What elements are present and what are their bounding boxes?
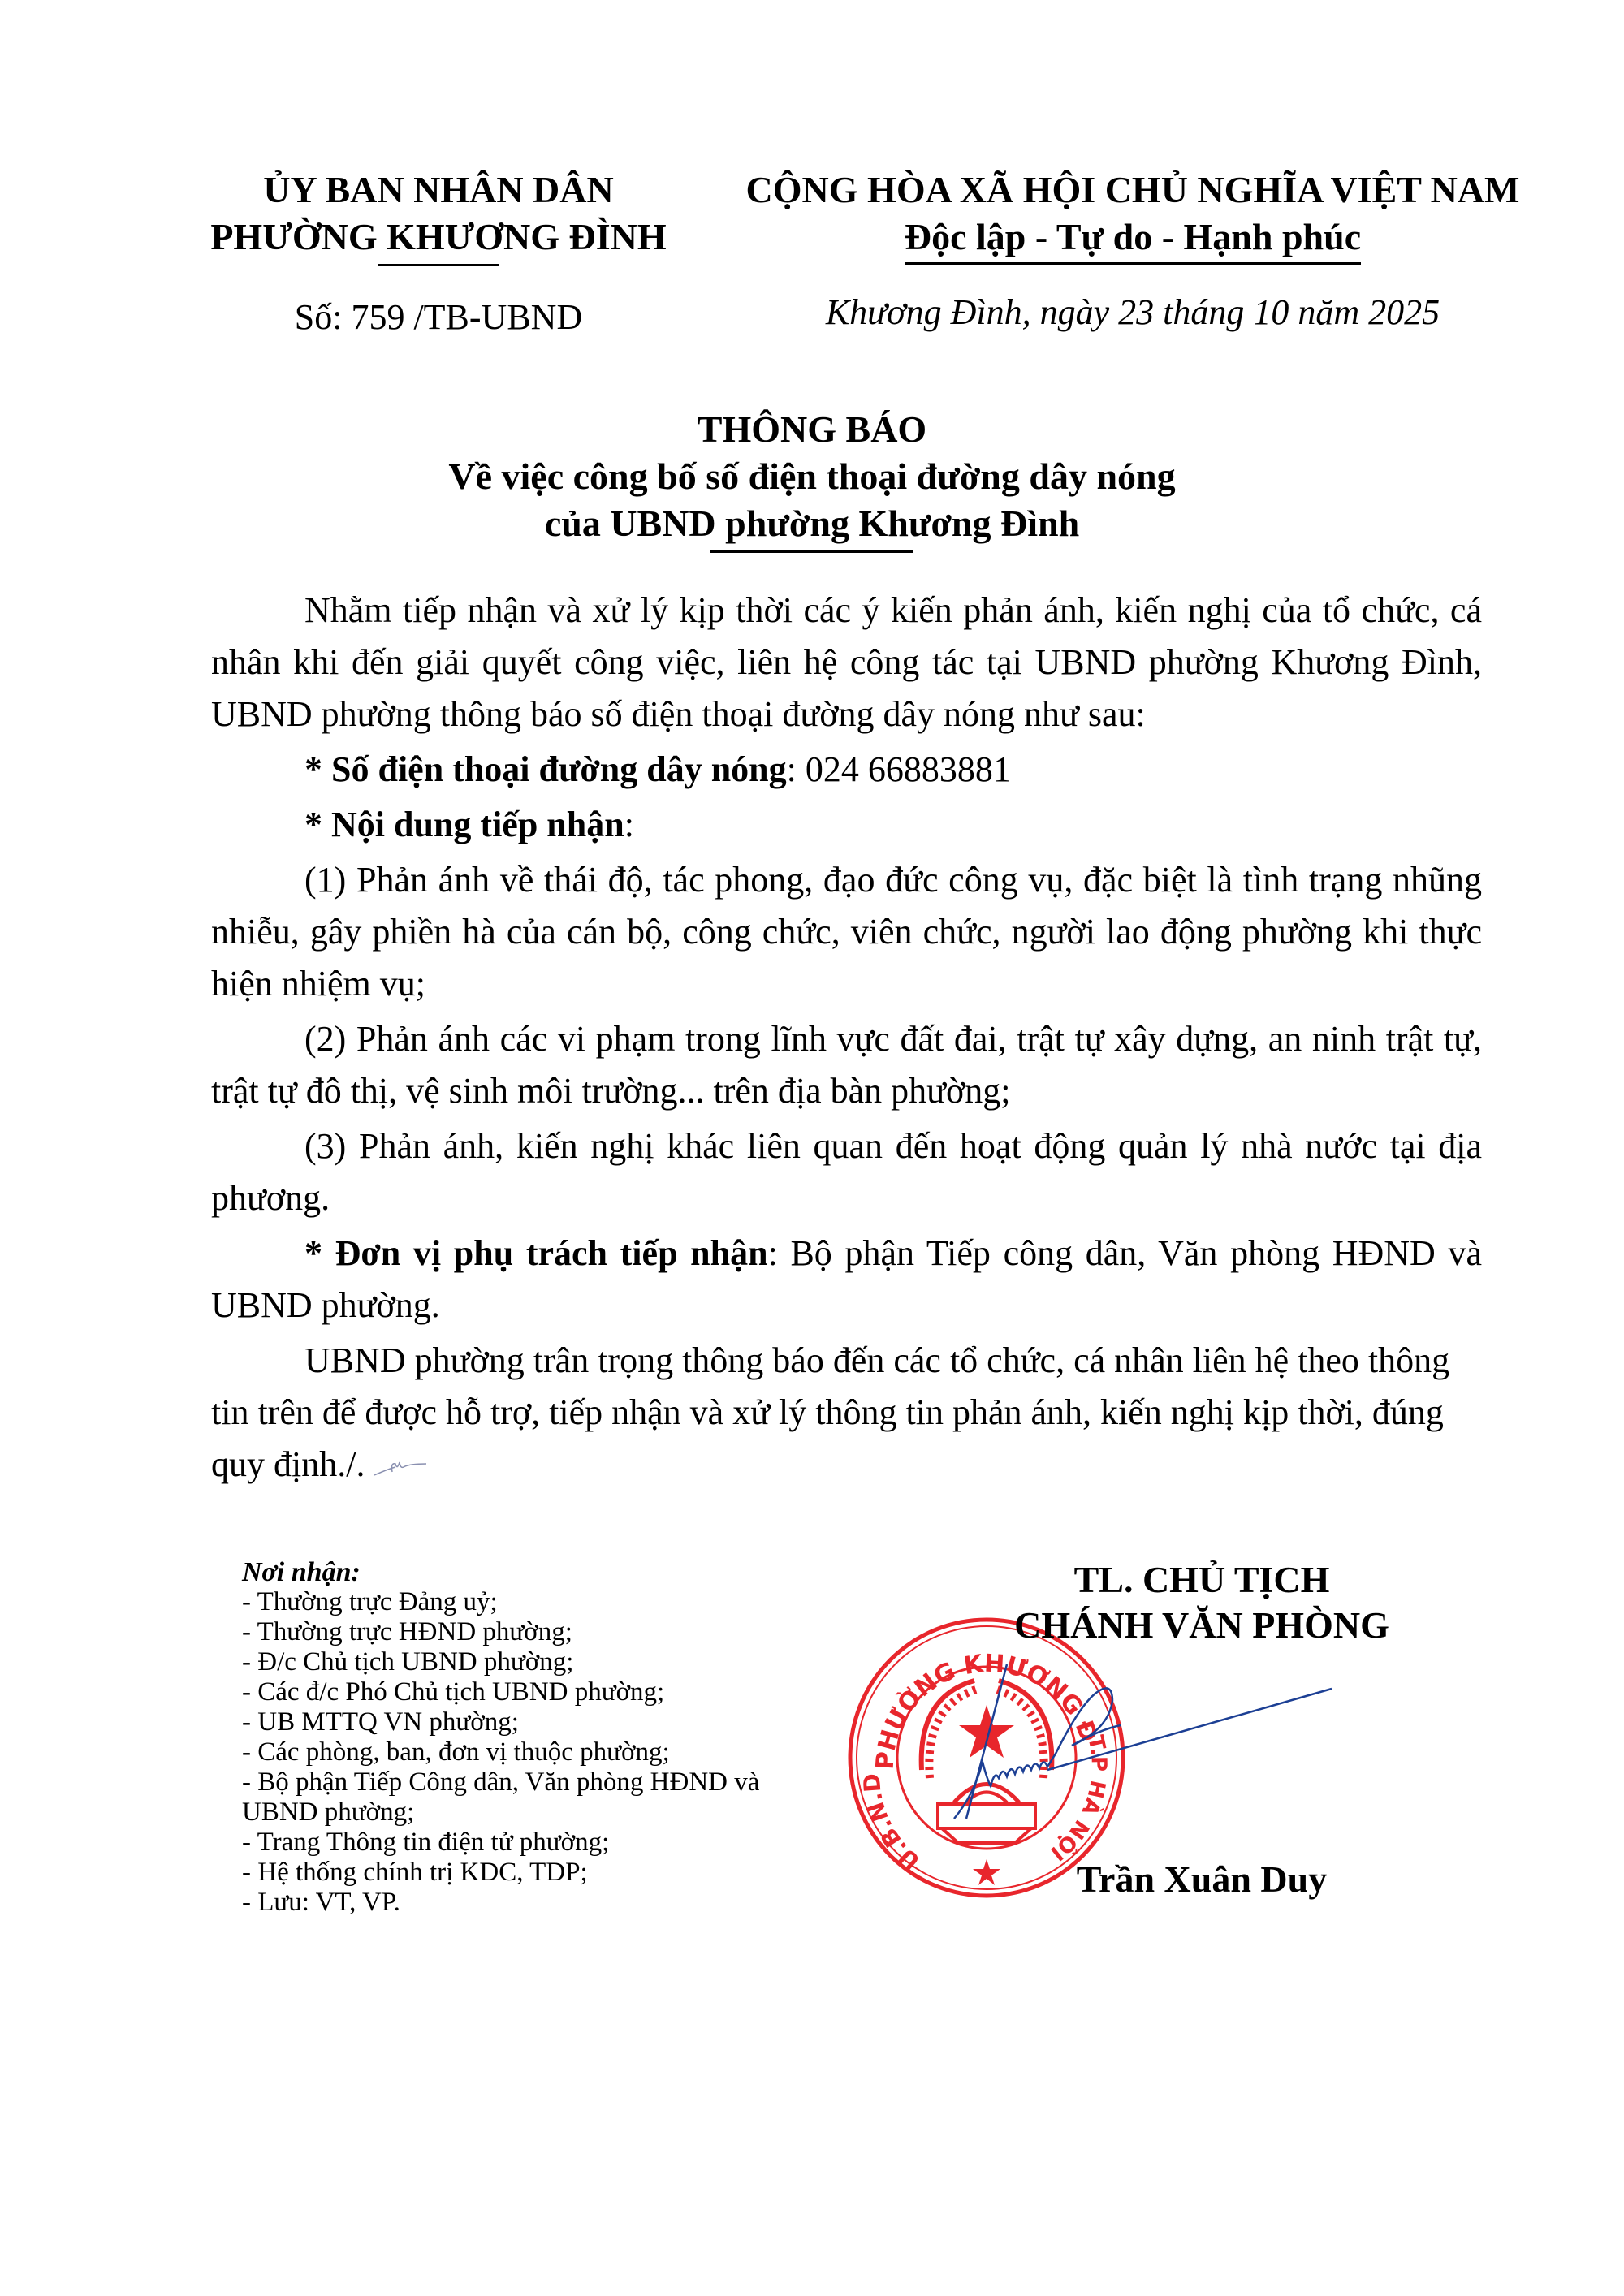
recipient-item: - Các đ/c Phó Chủ tịch UBND phường; <box>242 1677 827 1707</box>
signing-authority-line-2: CHÁNH VĂN PHÒNG <box>950 1603 1453 1648</box>
national-motto: Độc lập - Tự do - Hạnh phúc <box>905 214 1361 265</box>
place-date: Khương Đình, ngày 23 tháng 10 năm 2025 <box>727 292 1539 333</box>
recipient-item: - Đ/c Chủ tịch UBND phường; <box>242 1647 827 1677</box>
hotline-label: * Số điện thoại đường dây nóng <box>304 749 787 789</box>
unit-label: * Đơn vị phụ trách tiếp nhận <box>304 1233 768 1273</box>
issuing-agency-block: ỦY BAN NHÂN DÂN PHƯỜNG KHƯƠNG ĐÌNH Số: 7… <box>171 166 706 338</box>
recipients-block: Nơi nhận: - Thường trực Đảng uỷ; - Thườn… <box>242 1557 827 1918</box>
recipient-item: - UB MTTQ VN phường; <box>242 1707 827 1737</box>
signature-block: TL. CHỦ TỊCH CHÁNH VĂN PHÒNG Trần Xuân D… <box>950 1557 1453 1648</box>
hotline-number: : 024 66883881 <box>787 749 1011 789</box>
agency-underline <box>378 264 499 266</box>
recipient-item: - Lưu: VT, VP. <box>242 1888 827 1918</box>
content-item-3: (3) Phản ánh, kiến nghị khác liên quan đ… <box>211 1120 1482 1224</box>
document-number: Số: 759 /TB-UBND <box>171 297 706 338</box>
content-item-1: (1) Phản ánh về thái độ, tác phong, đạo … <box>211 854 1482 1010</box>
recipient-item: - Thường trực Đảng uỷ; <box>242 1587 827 1617</box>
handwritten-signature-icon <box>950 1656 1340 1835</box>
intro-paragraph: Nhằm tiếp nhận và xử lý kịp thời các ý k… <box>211 585 1482 740</box>
national-header-block: CỘNG HÒA XÃ HỘI CHỦ NGHĨA VIỆT NAM Độc l… <box>727 166 1539 333</box>
svg-text:U.B.N.D: U.B.N.D <box>858 1772 926 1875</box>
recipient-item: - Bộ phận Tiếp Công dân, Văn phòng HĐND … <box>242 1767 762 1828</box>
stamp-text-left: U.B.N.D <box>858 1772 926 1875</box>
content-heading: * Nội dung tiếp nhận: <box>211 799 1482 851</box>
title-underline <box>710 550 914 553</box>
recipient-item: - Các phòng, ban, đơn vị thuộc phường; <box>242 1737 827 1767</box>
content-item-2: (2) Phản ánh các vi phạm trong lĩnh vực … <box>211 1013 1482 1117</box>
signer-name: Trần Xuân Duy <box>950 1858 1453 1901</box>
closing-paragraph: UBND phường trân trọng thông báo đến các… <box>211 1335 1482 1491</box>
content-label: * Nội dung tiếp nhận <box>304 805 624 844</box>
document-body: Nhằm tiếp nhận và xử lý kịp thời các ý k… <box>211 585 1482 1494</box>
recipient-item: - Hệ thống chính trị KDC, TDP; <box>242 1858 827 1888</box>
national-title: CỘNG HÒA XÃ HỘI CHỦ NGHĨA VIỆT NAM <box>727 166 1539 214</box>
subject-line-1: Về việc công bố số điện thoại đường dây … <box>162 453 1462 500</box>
hotline-paragraph: * Số điện thoại đường dây nóng: 024 6688… <box>211 744 1482 796</box>
document-title-block: THÔNG BÁO Về việc công bố số điện thoại … <box>162 406 1462 553</box>
signing-authority-line-1: TL. CHỦ TỊCH <box>950 1557 1453 1603</box>
agency-line-1: ỦY BAN NHÂN DÂN <box>171 166 706 214</box>
recipients-heading: Nơi nhận: <box>242 1557 827 1587</box>
recipient-item: - Trang Thông tin điện tử phường; <box>242 1828 827 1858</box>
unit-paragraph: * Đơn vị phụ trách tiếp nhận: Bộ phận Ti… <box>211 1228 1482 1331</box>
document-type: THÔNG BÁO <box>162 406 1462 453</box>
agency-line-2: PHƯỜNG KHƯƠNG ĐÌNH <box>171 214 706 261</box>
recipient-item: - Thường trực HĐND phường; <box>242 1617 827 1647</box>
subject-line-2: của UBND phường Khương Đình <box>162 500 1462 547</box>
initial-paraph-icon <box>373 1459 430 1477</box>
